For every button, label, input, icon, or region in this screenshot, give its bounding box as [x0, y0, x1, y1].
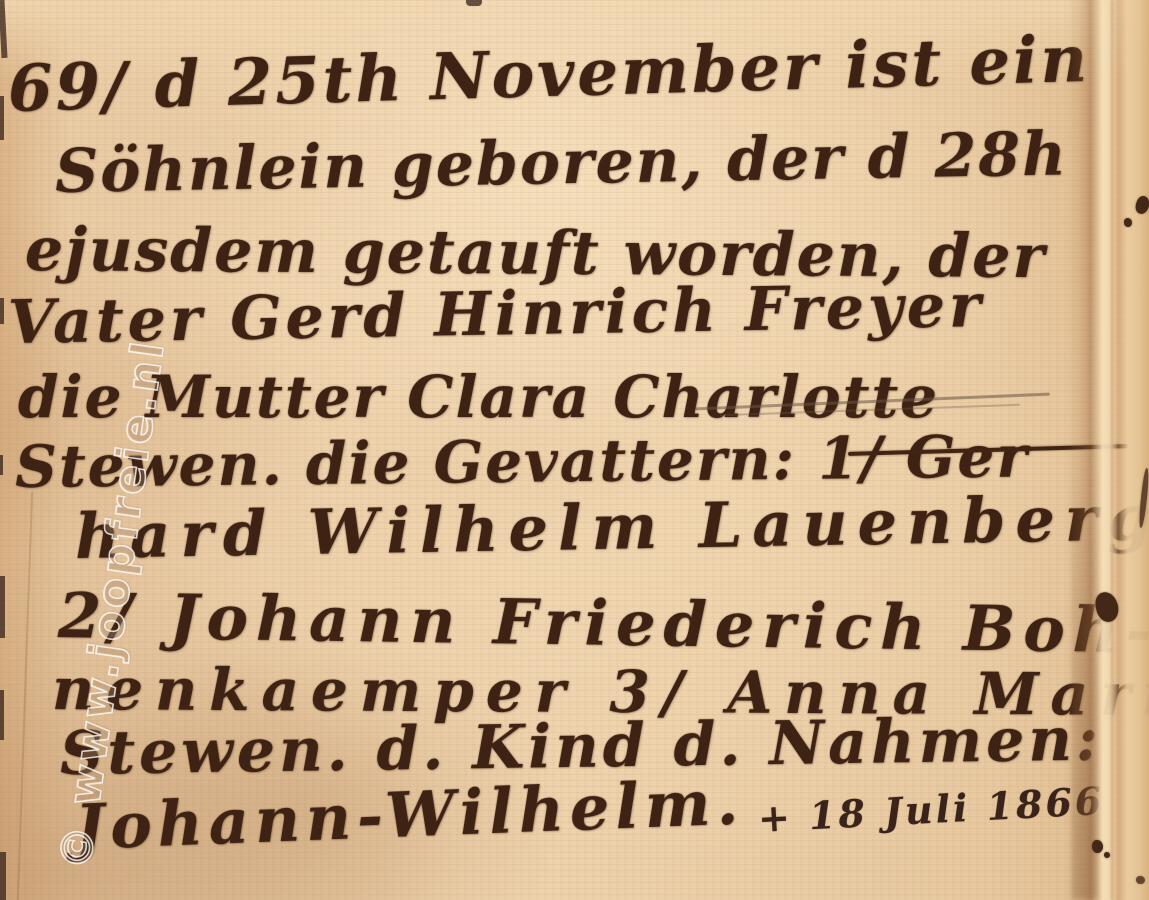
- left-edge-mark-6: [0, 690, 4, 740]
- handwriting-line-2: Söhnlein geboren, der d 28h: [54, 124, 1068, 202]
- left-edge-mark-5: [0, 576, 5, 638]
- page-fold-crease-line: [1111, 0, 1113, 900]
- left-edge-mark-4: [0, 455, 3, 475]
- handwriting-line-7: hard Wilhelm Lauenberg: [74, 487, 1149, 568]
- left-edge-mark-2: [0, 96, 4, 140]
- edge-ink-mark-2: [1124, 218, 1132, 227]
- left-edge-mark-3: [0, 298, 4, 324]
- ink-dot-after-1866: [1092, 840, 1103, 853]
- register-page-photo: 69/ d 25th November ist ein Söhnlein geb…: [0, 0, 1149, 900]
- left-edge-mark-7: [0, 852, 6, 900]
- ink-dot-small: [1104, 852, 1110, 858]
- page-fold-shadow: [1072, 430, 1098, 900]
- edge-ink-mark-5: [1136, 876, 1145, 884]
- top-edge-cropped-mark: [466, 0, 482, 6]
- handwriting-line-8: 2/ Johann Friederich Boh-: [58, 585, 1149, 662]
